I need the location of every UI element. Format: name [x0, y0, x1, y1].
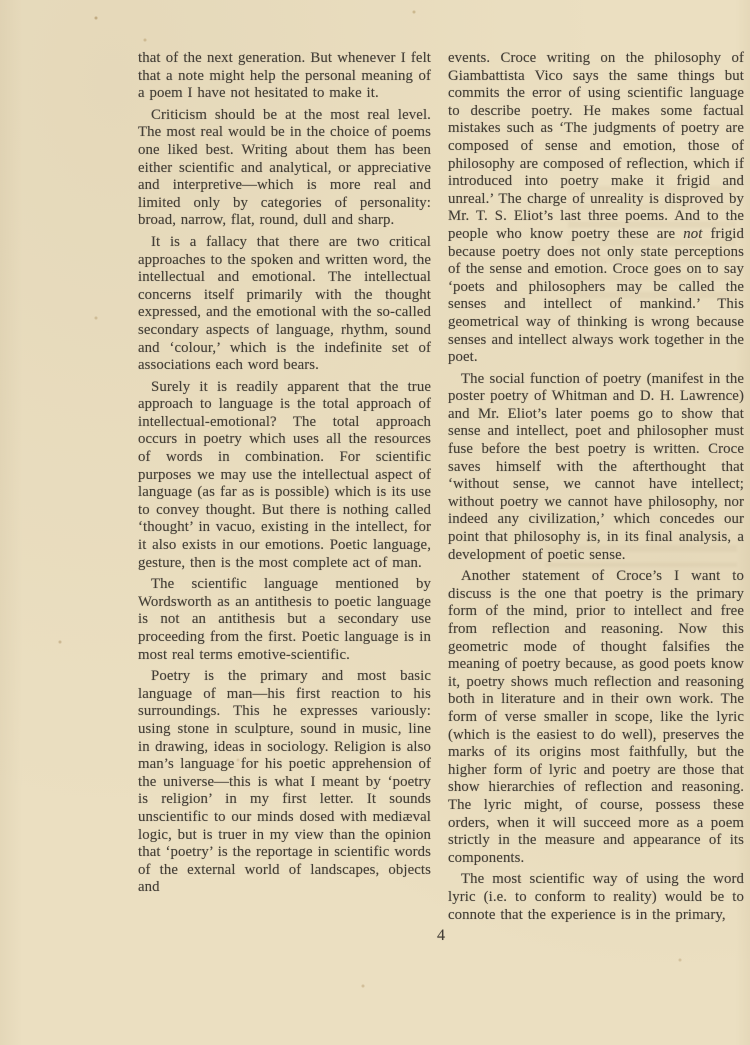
paragraph: Another statement of Croce’s I want to d…	[448, 568, 744, 867]
paragraph: Poetry is the primary and most basic lan…	[138, 668, 431, 897]
text-run: Poetry is the primary and most basic lan…	[138, 668, 431, 895]
scanned-book-page: that of the next generation. But wheneve…	[0, 0, 750, 1045]
paragraph: that of the next generation. But wheneve…	[138, 50, 431, 103]
page-number: 4	[391, 926, 491, 946]
paragraph: The scientific language mentioned by Wor…	[138, 576, 431, 664]
paragraph: Criticism should be at the most real lev…	[138, 107, 431, 230]
text-run: that of the next generation. But wheneve…	[138, 50, 431, 101]
text-run: The social function of poetry (manifest …	[448, 371, 744, 563]
left-text-column: that of the next generation. But wheneve…	[138, 50, 431, 901]
text-run: It is a fallacy that there are two criti…	[138, 234, 431, 373]
italic-text-run: not	[683, 226, 702, 242]
text-run: The scientific language mentioned by Wor…	[138, 576, 431, 662]
text-run: Another statement of Croce’s I want to d…	[448, 568, 744, 866]
text-run: events. Croce writing on the philosophy …	[448, 50, 744, 242]
text-run: Criticism should be at the most real lev…	[138, 107, 431, 229]
paragraph: Surely it is readily apparent that the t…	[138, 379, 431, 573]
right-text-column: events. Croce writing on the philosophy …	[448, 50, 744, 928]
paragraph: The social function of poetry (manifest …	[448, 371, 744, 565]
paragraph: It is a fallacy that there are two criti…	[138, 234, 431, 375]
paragraph: events. Croce writing on the philosophy …	[448, 50, 744, 367]
paragraph: The most scientific way of using the wor…	[448, 871, 744, 924]
text-run: frigid because poetry does not only stat…	[448, 226, 744, 365]
text-run: Surely it is readily apparent that the t…	[138, 379, 431, 571]
text-run: The most scientific way of using the wor…	[448, 871, 744, 922]
